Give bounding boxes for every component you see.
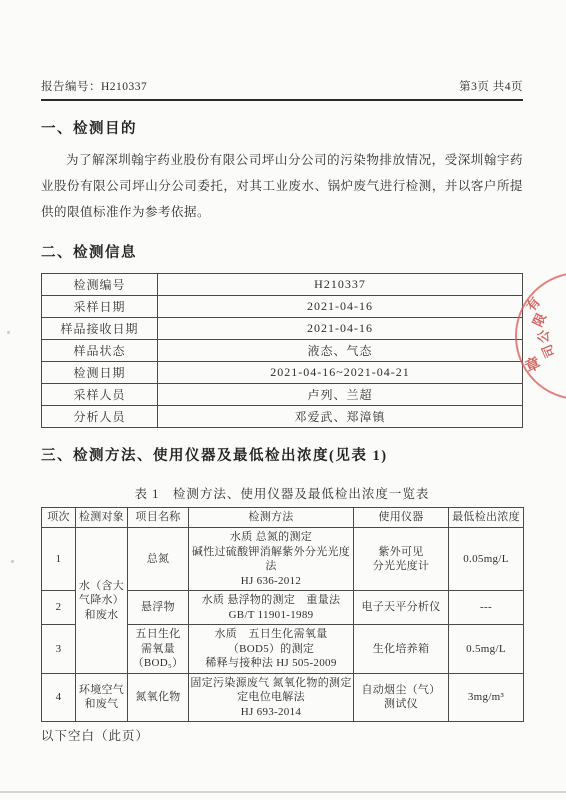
cell-method: 水质 总氮的测定 碱性过硫酸钾消解紫外分光光度法 HJ 636-2012 — [189, 528, 354, 591]
section-heading-purpose: 一、检测目的 — [41, 117, 523, 138]
cell-limit: 0.05mg/L — [449, 528, 524, 591]
info-label: 采样人员 — [42, 384, 158, 406]
scan-edge — [0, 791, 566, 793]
cell-limit: 0.5mg/L — [449, 625, 524, 674]
table-row: 4 环境空气 和废气 氮氧化物 固定污染源废气 氮氧化物的测定 定电位电解法 H… — [42, 673, 524, 722]
info-label: 采样日期 — [42, 296, 158, 318]
cell-limit: 3mg/m³ — [449, 673, 524, 722]
info-label: 检测日期 — [42, 362, 158, 384]
page-content: 报告编号：H210337 第3页 共4页 一、检测目的 为了解深圳翰宇药业股份有… — [0, 78, 566, 744]
table-row: 样品状态 液态、气态 — [42, 340, 523, 362]
cell-item: 五日生化 需氧量 （BOD₅） — [128, 625, 189, 674]
table-row: 检测日期 2021-04-16~2021-04-21 — [42, 362, 523, 384]
table-row: 检测编号 H210337 — [42, 274, 523, 296]
cell-method: 水质 五日生化需氧量 （BOD5）的测定 稀释与接种法 HJ 505-2009 — [189, 625, 354, 674]
page-indicator: 第3页 共4页 — [459, 78, 523, 94]
table-row: 采样日期 2021-04-16 — [42, 296, 523, 318]
col-header-instrument: 使用仪器 — [354, 508, 449, 528]
cell-target-water: 水（含大 气降水） 和废水 — [76, 528, 128, 674]
col-header-no: 项次 — [42, 508, 76, 528]
seal-character: 公 — [533, 330, 553, 344]
table-row: 1 水（含大 气降水） 和废水 总氮 水质 总氮的测定 碱性过硫酸钾消解紫外分光… — [42, 528, 524, 591]
col-header-item: 项目名称 — [128, 508, 189, 528]
cell-no: 2 — [42, 591, 76, 625]
info-value: 邓爱武、郑漳镇 — [158, 406, 523, 428]
col-header-target: 检测对象 — [76, 508, 128, 528]
table-row: 采样人员 卢列、兰超 — [42, 384, 523, 406]
report-number: 报告编号：H210337 — [41, 78, 147, 94]
table-row: 分析人员 邓爱武、郑漳镇 — [42, 406, 523, 428]
cell-target-air: 环境空气 和废气 — [76, 673, 128, 722]
info-value: H210337 — [158, 274, 523, 296]
table-row: 样品接收日期 2021-04-16 — [42, 318, 523, 340]
info-label: 分析人员 — [42, 406, 158, 428]
info-value: 2021-04-16 — [158, 318, 523, 340]
section-heading-methods: 三、检测方法、使用仪器及最低检出浓度(见表 1) — [41, 444, 523, 465]
document-header: 报告编号：H210337 第3页 共4页 — [41, 78, 523, 101]
cell-no: 1 — [42, 528, 76, 591]
blank-below-note: 以下空白（此页） — [41, 726, 523, 744]
purpose-paragraph: 为了解深圳翰宇药业股份有限公司坪山分公司的污染物排放情况，受深圳翰宇药业股份有限… — [41, 147, 523, 225]
cell-instrument: 自动烟尘（气） 测试仪 — [354, 673, 449, 722]
methods-table: 项次 检测对象 项目名称 检测方法 使用仪器 最低检出浓度 1 水（含大 气降水… — [41, 507, 524, 722]
table-header-row: 项次 检测对象 项目名称 检测方法 使用仪器 最低检出浓度 — [42, 508, 524, 528]
cell-limit: --- — [449, 591, 524, 625]
section-heading-info: 二、检测信息 — [41, 241, 523, 262]
info-label: 样品接收日期 — [42, 318, 158, 340]
methods-table-title: 表 1 检测方法、使用仪器及最低检出浓度一览表 — [41, 484, 523, 502]
info-value: 2021-04-16 — [158, 296, 523, 318]
col-header-method: 检测方法 — [189, 508, 354, 528]
info-label: 检测编号 — [42, 274, 158, 296]
cell-instrument: 紫外可见 分光光度计 — [354, 528, 449, 591]
scan-speck — [7, 331, 10, 334]
cell-no: 4 — [42, 673, 76, 722]
cell-item: 总氮 — [128, 528, 189, 591]
cell-no: 3 — [42, 625, 76, 674]
info-value: 2021-04-16~2021-04-21 — [158, 362, 523, 384]
scan-speck — [11, 560, 14, 563]
cell-instrument: 电子天平分析仪 — [354, 591, 449, 625]
test-info-table: 检测编号 H210337 采样日期 2021-04-16 样品接收日期 2021… — [41, 273, 523, 428]
col-header-limit: 最低检出浓度 — [449, 508, 524, 528]
document-page: 报告编号：H210337 第3页 共4页 一、检测目的 为了解深圳翰宇药业股份有… — [0, 0, 566, 800]
cell-method: 固定污染源废气 氮氧化物的测定 定电位电解法 HJ 693-2014 — [189, 673, 354, 722]
info-value: 液态、气态 — [158, 340, 523, 362]
cell-item: 悬浮物 — [128, 591, 189, 625]
cell-instrument: 生化培养箱 — [354, 625, 449, 674]
info-label: 样品状态 — [42, 340, 158, 362]
cell-method: 水质 悬浮物的测定 重量法 GB/T 11901-1989 — [189, 591, 354, 625]
info-value: 卢列、兰超 — [158, 384, 523, 406]
cell-item: 氮氧化物 — [128, 673, 189, 722]
